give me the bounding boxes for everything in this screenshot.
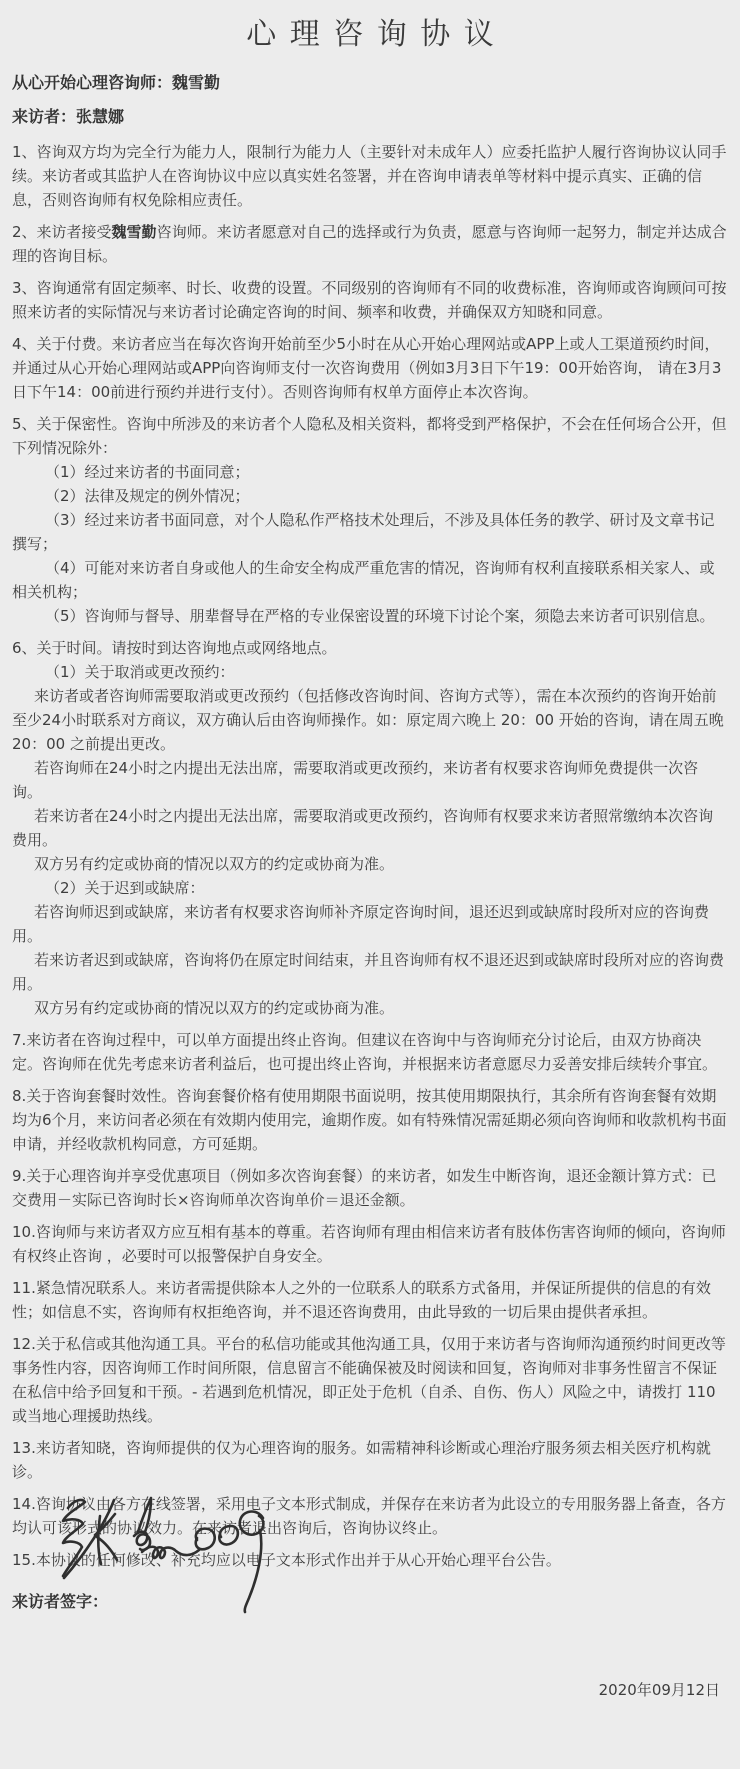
- clause-9: 9.关于心理咨询并享受优惠项目（例如多次咨询套餐）的来访者，如发生中断咨询，退还…: [12, 1164, 728, 1212]
- clause-6-head: 6、关于时间。请按时到达咨询地点或网络地点。: [12, 636, 728, 660]
- clause-6-sub1-title: （1）关于取消或更改预约：: [12, 660, 728, 684]
- clause-12: 12.关于私信或其他沟通工具。平台的私信功能或其他沟通工具，仅用于来访者与咨询师…: [12, 1332, 728, 1428]
- clause-3: 3、咨询通常有固定频率、时长、收费的设置。不同级别的咨询师有不同的收费标准，咨询…: [12, 276, 728, 324]
- clause-6-sub1-line-3: 若来访者在24小时之内提出无法出席，需要取消或更改预约，咨询师有权要求来访者照常…: [12, 804, 728, 852]
- clause-5: 5、关于保密性。咨询中所涉及的来访者个人隐私及相关资料，都将受到严格保护，不会在…: [12, 412, 728, 628]
- clause-2: 2、来访者接受魏雪勤咨询师。来访者愿意对自己的选择或行为负责，愿意与咨询师一起努…: [12, 220, 728, 268]
- clause-6-sub1-line-1: 来访者或者咨询师需要取消或更改预约（包括修改咨询时间、咨询方式等），需在本次预约…: [12, 684, 728, 756]
- clause-13: 13.来访者知晓，咨询师提供的仅为心理咨询的服务。如需精神科诊断或心理治疗服务须…: [12, 1436, 728, 1484]
- clause-5-item-4: （4）可能对来访者自身或他人的生命安全构成严重危害的情况，咨询师有权利直接联系相…: [12, 556, 728, 604]
- client-signature: [52, 1488, 274, 1620]
- clause-6-sub1-line-2: 若咨询师在24小时之内提出无法出席，需要取消或更改预约，来访者有权要求咨询师免费…: [12, 756, 728, 804]
- clause-6-sub2-line-2: 若来访者迟到或缺席，咨询将仍在原定时间结束，并且咨询师有权不退还迟到或缺席时段所…: [12, 948, 728, 996]
- clause-6-sub1-line-4: 双方另有约定或协商的情况以双方的约定或协商为准。: [12, 852, 728, 876]
- clause-2-before: 2、来访者接受: [12, 223, 112, 241]
- clause-1: 1、咨询双方均为完全行为能力人，限制行为能力人（主要针对未成年人）应委托监护人履…: [12, 140, 728, 212]
- clause-5-head: 5、关于保密性。咨询中所涉及的来访者个人隐私及相关资料，都将受到严格保护，不会在…: [12, 412, 728, 460]
- clause-5-item-2: （2）法律及规定的例外情况；: [12, 484, 728, 508]
- clause-6: 6、关于时间。请按时到达咨询地点或网络地点。 （1）关于取消或更改预约： 来访者…: [12, 636, 728, 1020]
- clause-6-sub2-title: （2）关于迟到或缺席：: [12, 876, 728, 900]
- client-line: 来访者：张慧娜: [12, 106, 728, 128]
- clause-4: 4、关于付费。来访者应当在每次咨询开始前至少5小时在从心开始心理网站或APP上或…: [12, 332, 728, 404]
- clause-5-item-5: （5）咨询师与督导、朋辈督导在严格的专业保密设置的环境下讨论个案，须隐去来访者可…: [12, 604, 728, 628]
- clause-10: 10.咨询师与来访者双方应互相有基本的尊重。若咨询师有理由相信来访者有肢体伤害咨…: [12, 1220, 728, 1268]
- signature-drawing-icon: [52, 1488, 274, 1620]
- clause-8: 8.关于咨询套餐时效性。咨询套餐价格有使用期限书面说明，按其使用期限执行，其余所…: [12, 1084, 728, 1156]
- counselor-line: 从心开始心理咨询师：魏雪勤: [12, 72, 728, 94]
- clause-6-sub2-line-3: 双方另有约定或协商的情况以双方的约定或协商为准。: [12, 996, 728, 1020]
- clause-7: 7.来访者在咨询过程中，可以单方面提出终止咨询。但建议在咨询中与咨询师充分讨论后…: [12, 1028, 728, 1076]
- clause-5-item-3: （3）经过来访者书面同意，对个人隐私作严格技术处理后，不涉及具体任务的教学、研讨…: [12, 508, 728, 556]
- page-title: 心理咨询协议: [12, 14, 728, 56]
- clause-11: 11.紧急情况联系人。来访者需提供除本人之外的一位联系人的联系方式备用，并保证所…: [12, 1276, 728, 1324]
- signature-date: 2020年09月12日: [599, 1678, 720, 1702]
- agreement-page: 心理咨询协议 从心开始心理咨询师：魏雪勤 来访者：张慧娜 1、咨询双方均为完全行…: [0, 0, 740, 1769]
- clause-5-item-1: （1）经过来访者的书面同意；: [12, 460, 728, 484]
- clause-2-counselor-name: 魏雪勤: [112, 223, 157, 241]
- clause-6-sub2-line-1: 若咨询师迟到或缺席，来访者有权要求咨询师补齐原定咨询时间，退还迟到或缺席时段所对…: [12, 900, 728, 948]
